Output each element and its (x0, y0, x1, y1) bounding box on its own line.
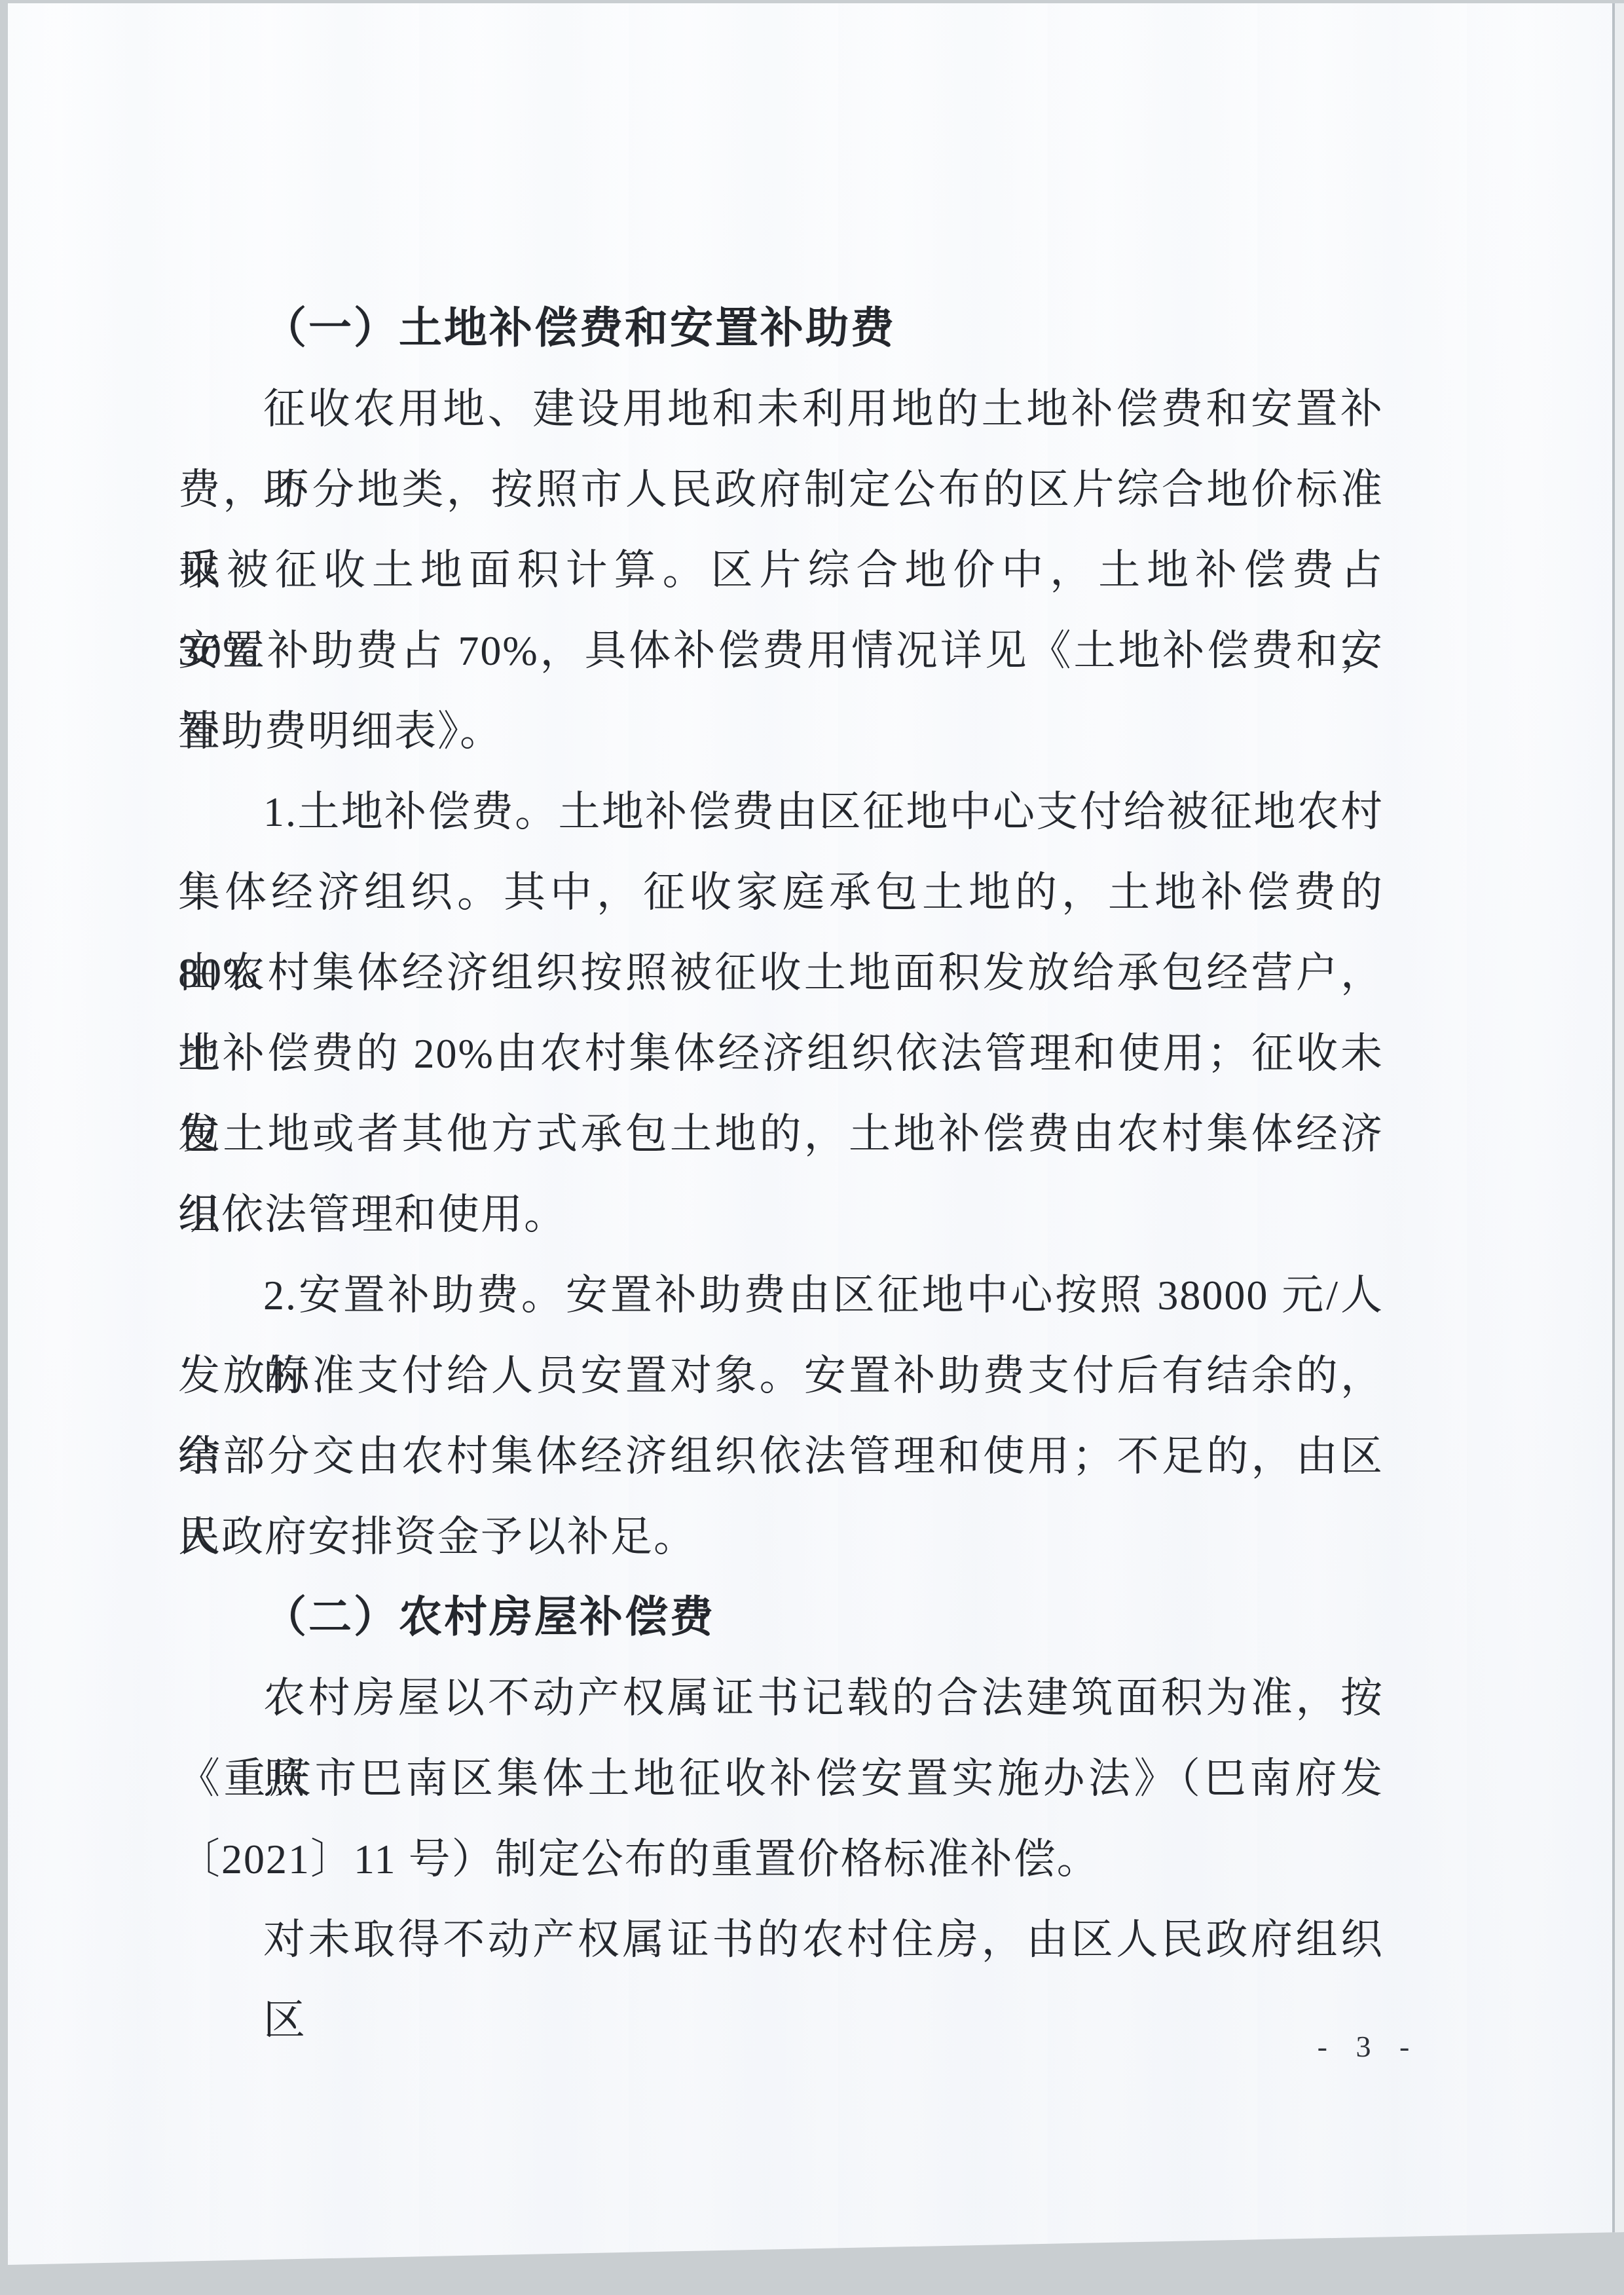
body-line: 安置补助费占 70%，具体补偿费用情况详见《土地补偿费和安置 (178, 610, 1384, 691)
body-line: 征收农用地、建设用地和未利用地的土地补偿费和安置补助 (178, 369, 1384, 449)
body-line: 地补偿费的 20%由农村集体经济组织依法管理和使用；征收未发 (178, 1013, 1384, 1094)
body-line: 由农村集体经济组织按照被征收土地面积发放给承包经营户，土 (178, 933, 1384, 1013)
page-number: - 3 - (1283, 2029, 1454, 2064)
body-line: 包土地或者其他方式承包土地的，土地补偿费由农村集体经济组 (178, 1094, 1384, 1174)
body-line: 以被征收土地面积计算。区片综合地价中，土地补偿费占 30%， (178, 530, 1384, 610)
section-heading-2: （二）农村房屋补偿费 (178, 1577, 1384, 1658)
body-line: 发放标准支付给人员安置对象。安置补助费支付后有结余的，结 (178, 1335, 1384, 1416)
body-line: 〔2021〕11 号）制定公布的重置价格标准补偿。 (178, 1819, 1384, 1899)
body-line: 《重庆市巴南区集体土地征收补偿安置实施办法》（巴南府发 (178, 1738, 1384, 1819)
body-line: 1.土地补偿费。土地补偿费由区征地中心支付给被征地农村 (178, 772, 1384, 852)
body-line: 对未取得不动产权属证书的农村住房，由区人民政府组织区 (178, 1899, 1384, 1980)
body-line: 民政府安排资金予以补足。 (178, 1497, 1384, 1577)
body-line: 余部分交由农村集体经济组织依法管理和使用；不足的，由区人 (178, 1416, 1384, 1497)
body-line: 集体经济组织。其中，征收家庭承包土地的，土地补偿费的 80% (178, 852, 1384, 933)
scan-background: （一）土地补偿费和安置补助费 征收农用地、建设用地和未利用地的土地补偿费和安置补… (0, 0, 1624, 2295)
body-line: 织依法管理和使用。 (178, 1174, 1384, 1255)
body-line: 农村房屋以不动产权属证书记载的合法建筑面积为准，按照 (178, 1658, 1384, 1738)
document-body: （一）土地补偿费和安置补助费 征收农用地、建设用地和未利用地的土地补偿费和安置补… (178, 288, 1384, 1980)
body-line: 补助费明细表》。 (178, 691, 1384, 772)
body-line: 费，不分地类，按照市人民政府制定公布的区片综合地价标准乘 (178, 449, 1384, 530)
body-line: 2.安置补助费。安置补助费由区征地中心按照 38000 元/人的 (178, 1255, 1384, 1335)
page-edge-margin (1615, 3, 1624, 2243)
section-heading-1: （一）土地补偿费和安置补助费 (178, 288, 1384, 369)
